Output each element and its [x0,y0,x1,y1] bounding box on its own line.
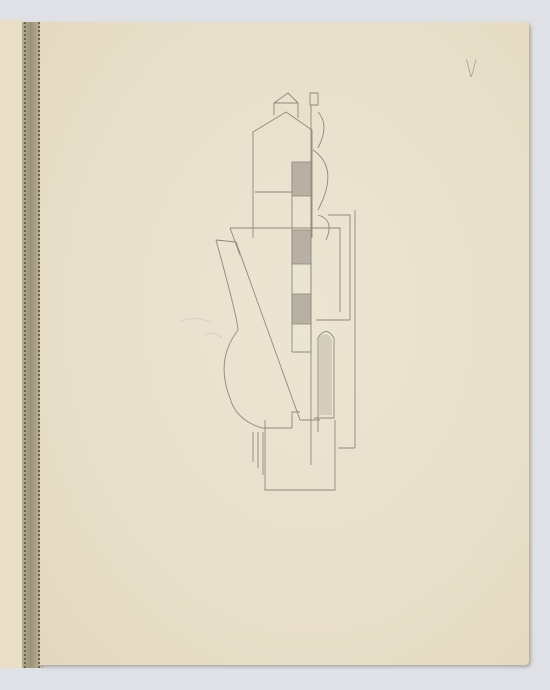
corner-v-mark: V [465,55,476,83]
pencil-sketch [0,0,550,690]
sketchbook-scan: V [0,0,550,690]
